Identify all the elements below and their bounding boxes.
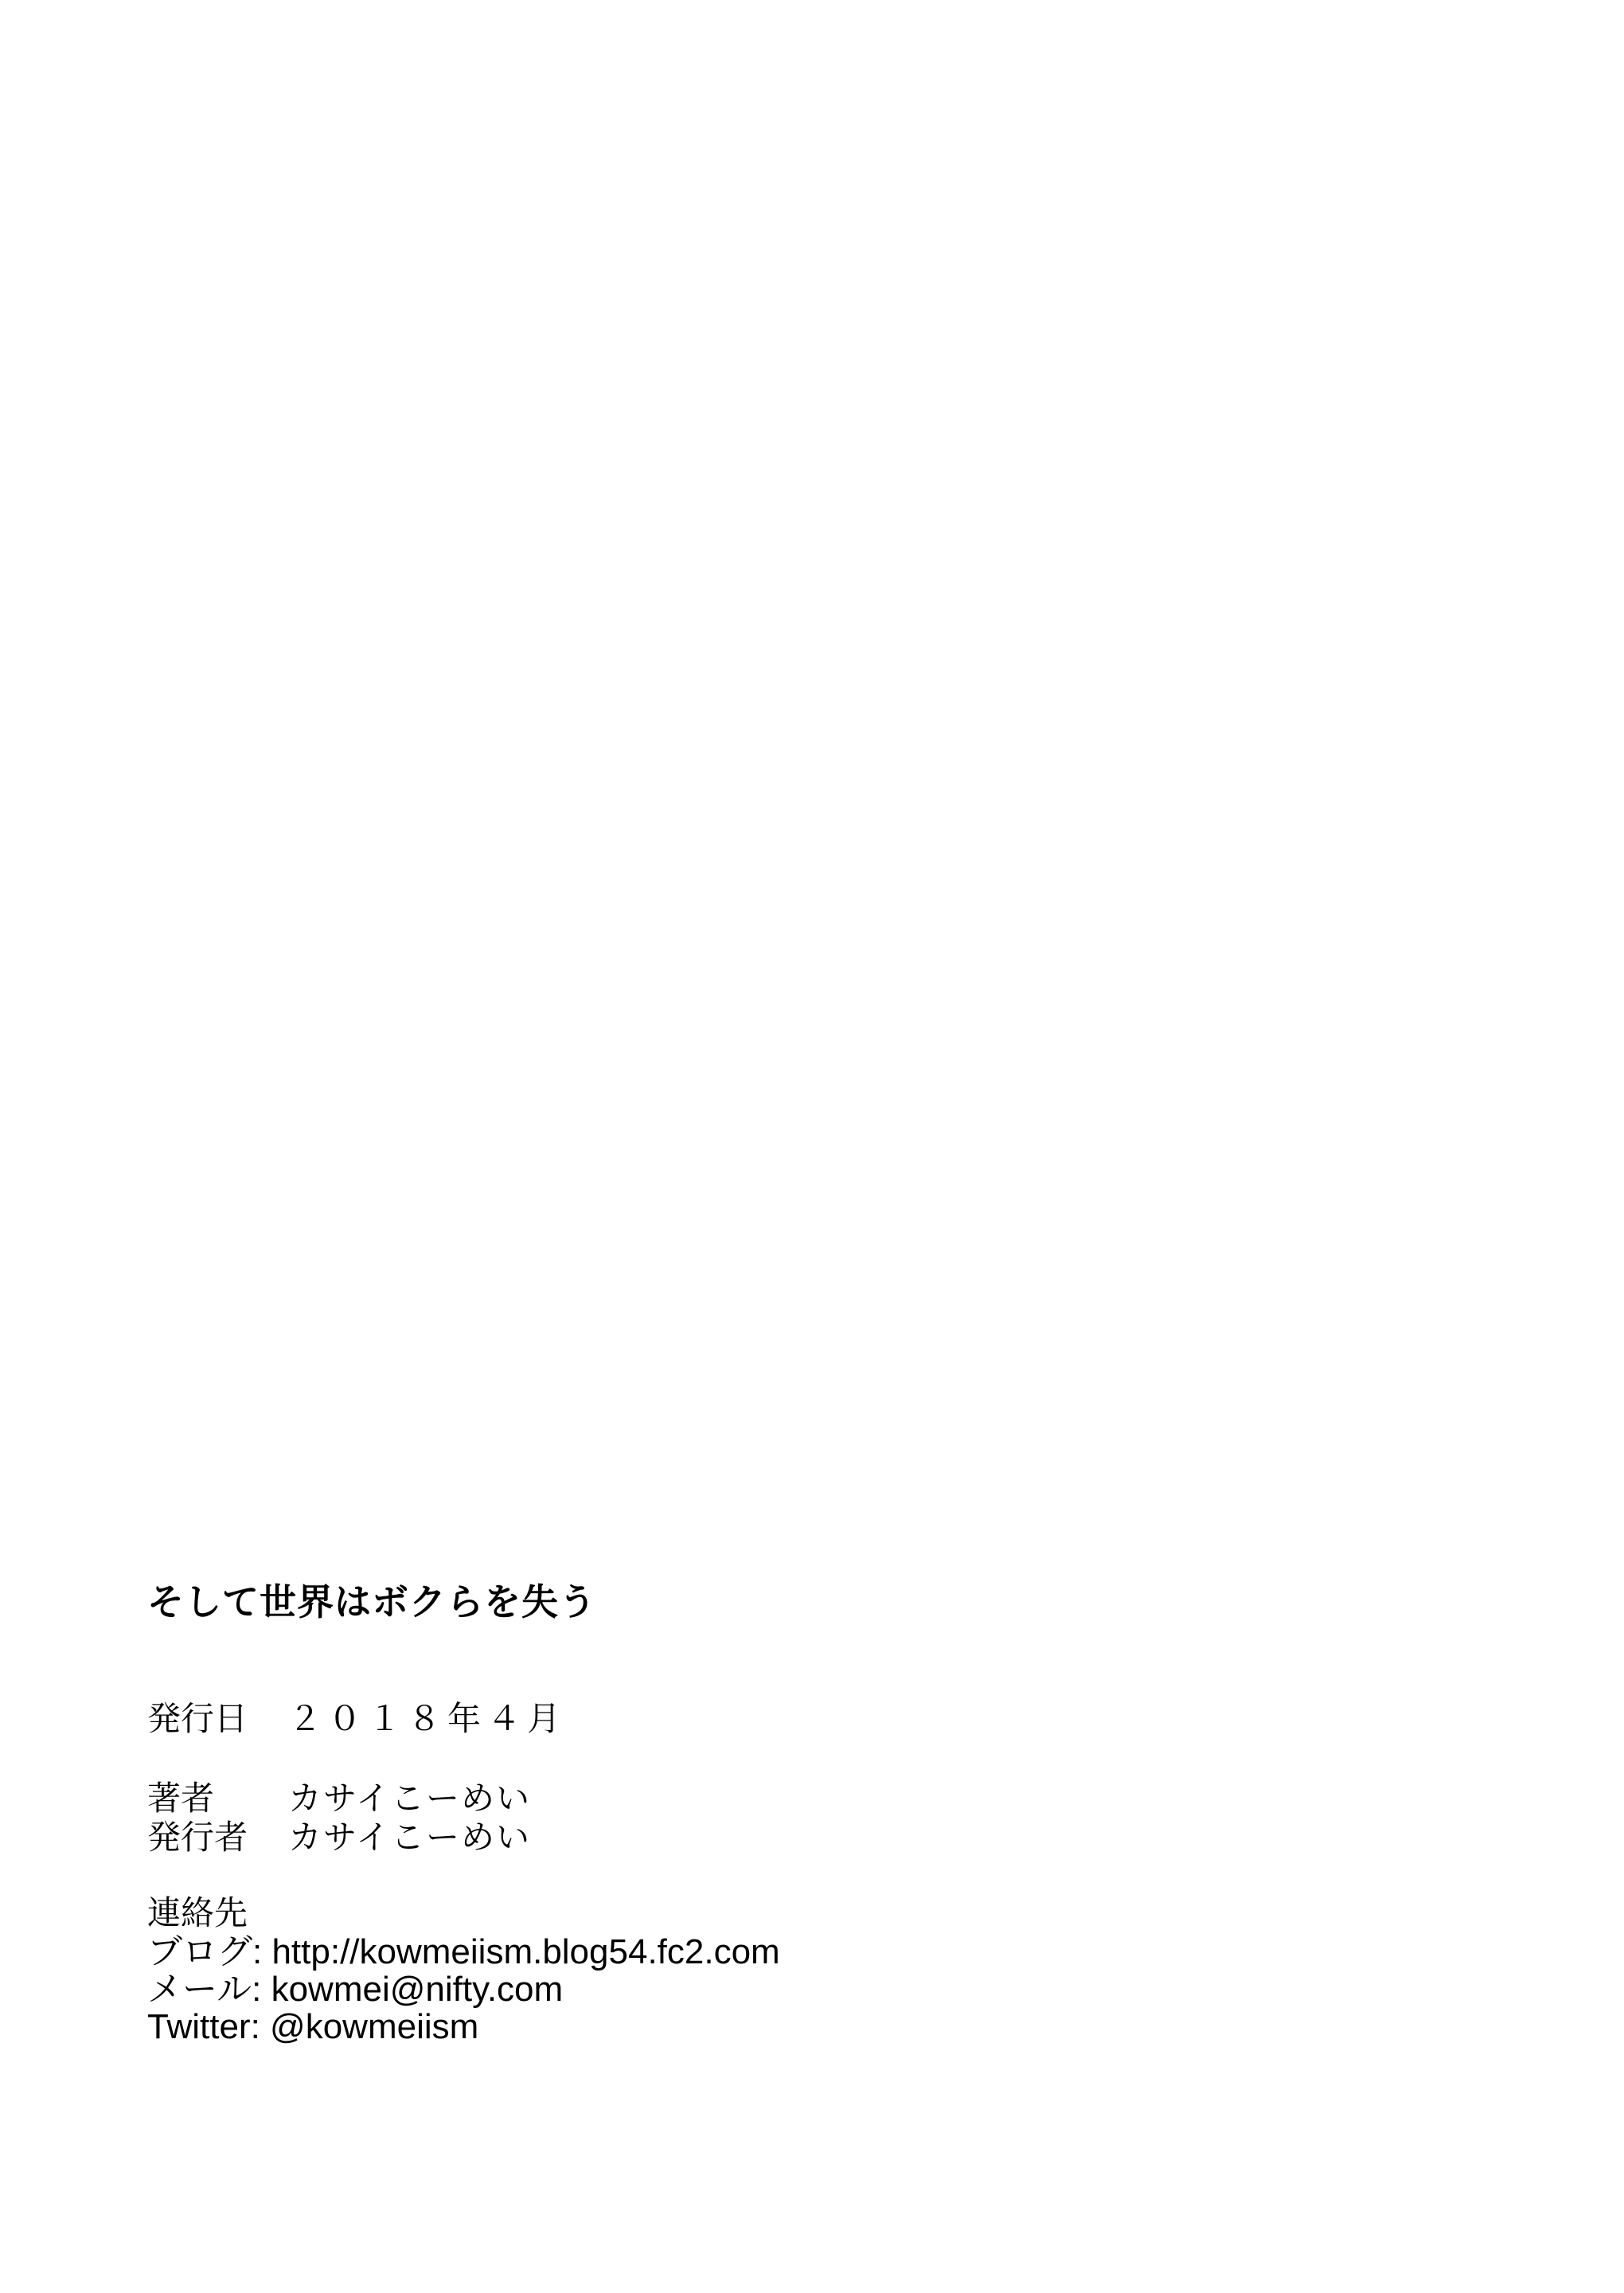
book-title: そして世界はボクらを失う bbox=[147, 1580, 596, 1624]
publisher-value: カサイこーめい bbox=[288, 1818, 531, 1857]
mail-label: メール: bbox=[147, 1970, 271, 2009]
twitter-handle: @kowmeiism bbox=[270, 2007, 478, 2046]
publication-date-row: 発行日２０１８年４月 bbox=[147, 1699, 567, 1739]
author-label: 著者 bbox=[147, 1779, 288, 1818]
blog-label: ブログ: bbox=[147, 1932, 271, 1971]
publication-date-label: 発行日 bbox=[147, 1699, 288, 1739]
colophon-page: そして世界はボクらを失う 発行日２０１８年４月 著者カサイこーめい 発行者カサイ… bbox=[0, 0, 1624, 2293]
contact-twitter-row: Twitter: @kowmeiism bbox=[147, 2008, 478, 2046]
publisher-row: 発行者カサイこーめい bbox=[147, 1818, 531, 1857]
publication-date-value: ２０１８年４月 bbox=[288, 1699, 567, 1739]
mail-address: kowmei@nifty.com bbox=[271, 1970, 564, 2009]
blog-url: http://kowmeiism.blog54.fc2.com bbox=[271, 1932, 779, 1971]
twitter-label: Twitter: bbox=[147, 2007, 270, 2046]
author-row: 著者カサイこーめい bbox=[147, 1779, 531, 1818]
contact-mail-row: メール: kowmei@nifty.com bbox=[147, 1971, 563, 2009]
contact-blog-row: ブログ: http://kowmeiism.blog54.fc2.com bbox=[147, 1933, 780, 1971]
author-value: カサイこーめい bbox=[288, 1779, 531, 1818]
publisher-label: 発行者 bbox=[147, 1818, 288, 1857]
contact-heading: 連絡先 bbox=[147, 1893, 248, 1933]
